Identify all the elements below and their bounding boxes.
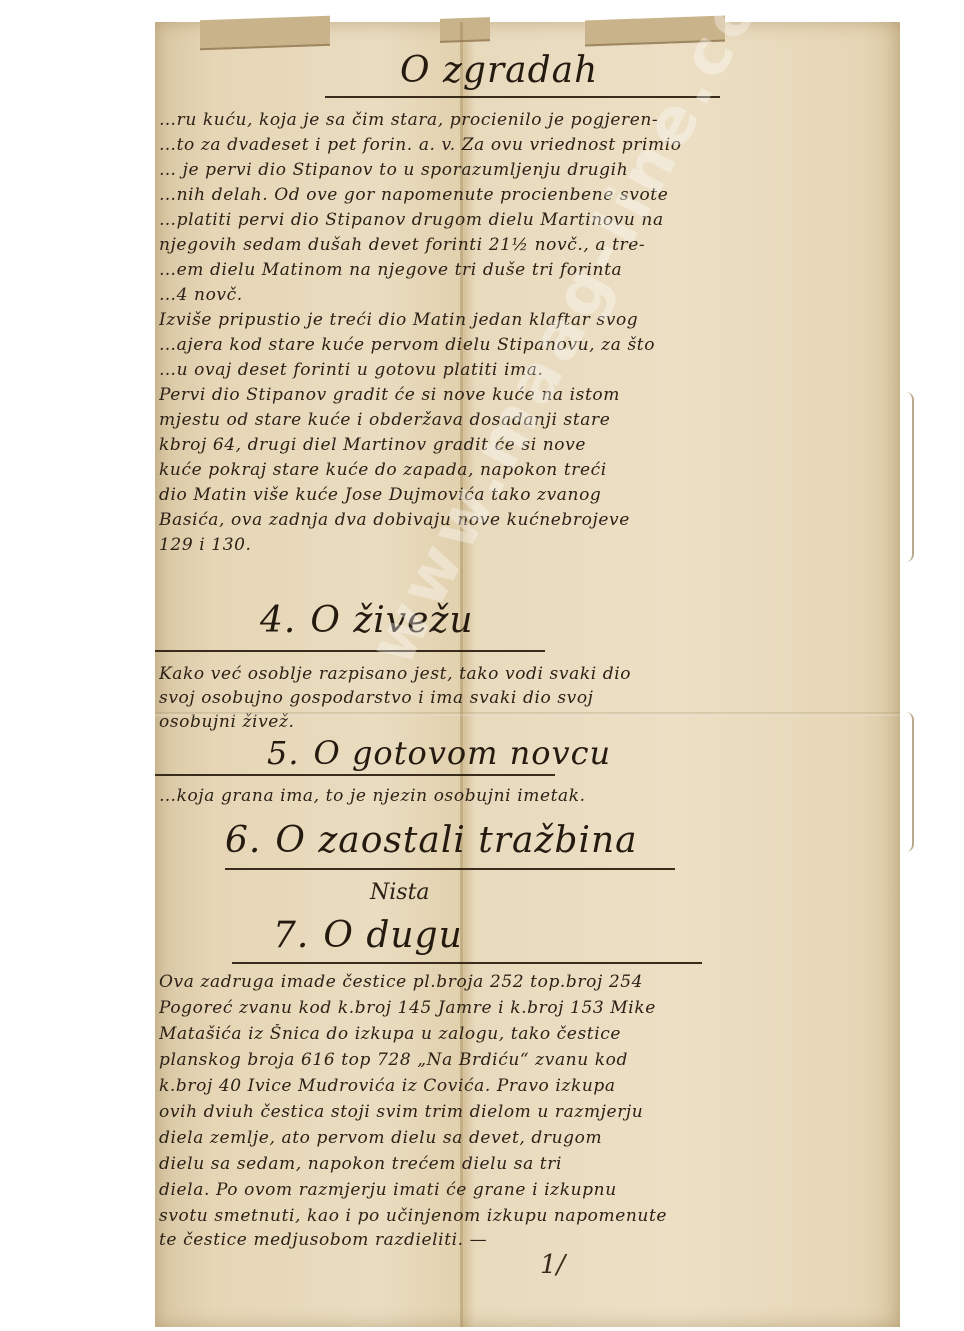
text-line: Kako već osoblje razpisano jest, tako vo… [159, 664, 894, 684]
text-line: …nih delah. Od ove gor napomenute procie… [159, 185, 894, 205]
section-heading-gotovom-novcu: 5.O gotovom novcu [267, 734, 611, 772]
binding-thread [900, 712, 914, 852]
section-title: O dugu [323, 915, 462, 956]
text-line: …4 novč. [159, 285, 894, 305]
heading-underline [232, 962, 702, 964]
text-line: k.broj 40 Ivice Mudrovića iz Covića. Pra… [159, 1076, 894, 1096]
text-line: te čestice medjusobom razdieliti. — [159, 1230, 894, 1250]
section-note: Nista [370, 880, 430, 905]
page-mark: 1/ [540, 1250, 565, 1280]
text-line: …koja grana ima, to je njezin osobujni i… [159, 786, 894, 806]
section-heading-zgradah: O zgradah [400, 50, 598, 91]
heading-underline [155, 650, 545, 652]
text-line: ovih dviuh čestica stoji svim trim dielo… [159, 1102, 894, 1122]
section-number: 4. [260, 600, 296, 641]
text-line: dielu sa sedam, napokon trećem dielu sa … [159, 1154, 894, 1174]
text-line: …ru kuću, koja je sa čim stara, procieni… [159, 110, 894, 130]
heading-underline [225, 868, 675, 870]
text-line: …em dielu Matinom na njegove tri duše tr… [159, 260, 894, 280]
document-content: O zgradah …ru kuću, koja je sa čim stara… [155, 22, 900, 1327]
text-line: 129 i 130. [159, 535, 894, 555]
section-heading-zaostali-trazbina: 6.O zaostali tražbina [225, 820, 638, 861]
text-line: Basića, ova zadnja dva dobivaju nove kuć… [159, 510, 894, 530]
section-heading-dugu: 7.O dugu [273, 915, 463, 956]
text-line: njegovih sedam dušah devet forinti 21½ n… [159, 235, 894, 255]
section-number: 6. [225, 820, 261, 861]
text-line: Matašića iz Šnica do izkupa u zalogu, ta… [159, 1024, 894, 1044]
heading-underline [155, 774, 555, 776]
binding-thread [900, 392, 914, 562]
text-line: diela. Po ovom razmjerju imati će grane … [159, 1180, 894, 1200]
text-line: … je pervi dio Stipanov to u sporazumlje… [159, 160, 894, 180]
text-line: planskog broja 616 top 728 „Na Brdiću“ z… [159, 1050, 894, 1070]
text-line: svoj osobujno gospodarstvo i ima svaki d… [159, 688, 894, 708]
section-title: O zaostali tražbina [275, 820, 637, 861]
text-line: osobujni živež. [159, 712, 894, 732]
section-number: 7. [273, 915, 309, 956]
text-line: Pogoreć zvanu kod k.broj 145 Jamre i k.b… [159, 998, 894, 1018]
text-line: svotu smetnuti, kao i po učinjenom izkup… [159, 1206, 894, 1226]
text-line: diela zemlje, ato pervom dielu sa devet,… [159, 1128, 894, 1148]
text-line: Ova zadruga imade čestice pl.broja 252 t… [159, 972, 894, 992]
section-number: 5. [267, 734, 300, 772]
text-line: dio Matin više kuće Jose Dujmovića tako … [159, 485, 894, 505]
section-title: O gotovom novcu [314, 734, 612, 772]
text-line: …platiti pervi dio Stipanov drugom dielu… [159, 210, 894, 230]
text-line: …to za dvadeset i pet forin. a. v. Za ov… [159, 135, 894, 155]
document-sheet: O zgradah …ru kuću, koja je sa čim stara… [155, 22, 900, 1327]
